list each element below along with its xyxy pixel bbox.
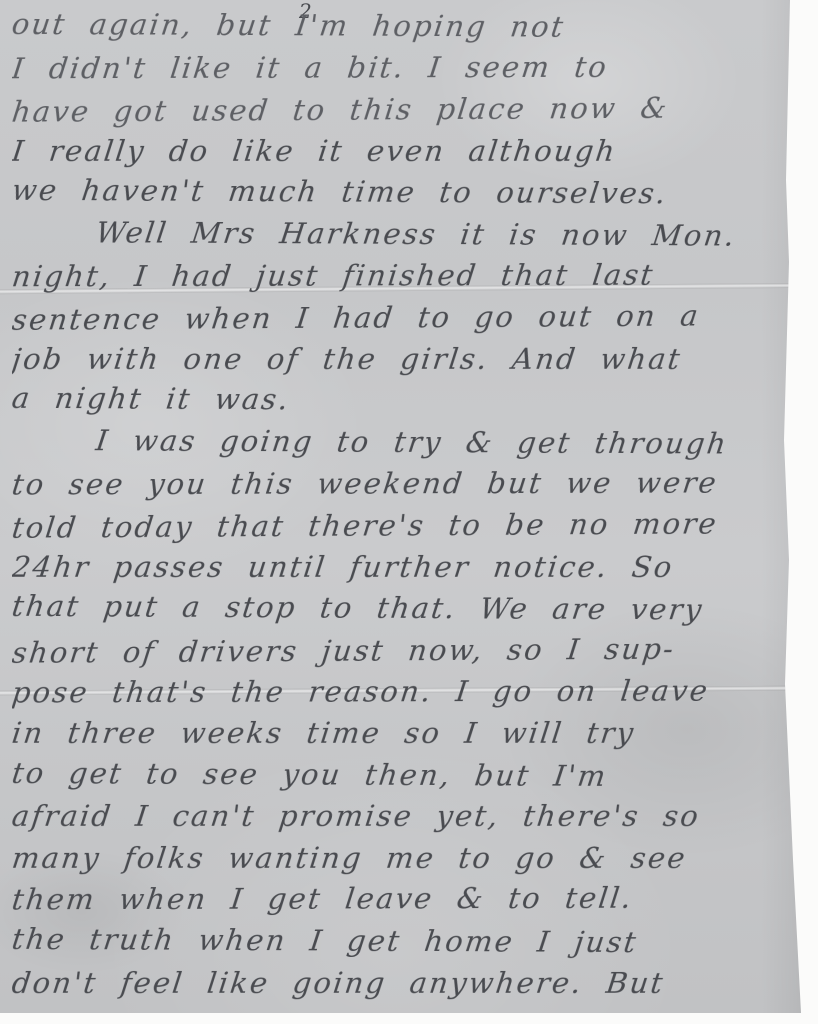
handwritten-line: many folks wanting me to go & see bbox=[12, 838, 784, 880]
handwritten-line: in three weeks time so I will try bbox=[12, 713, 784, 755]
handwritten-line: the truth when I get home I just bbox=[12, 919, 784, 965]
handwritten-line: pose that's the reason. I go on leave bbox=[12, 670, 784, 714]
handwritten-line: night, I had just finished that last bbox=[12, 254, 784, 298]
handwritten-line: short of drivers just now, so I sup- bbox=[12, 628, 784, 674]
handwritten-text: them when I get leave & to tell. bbox=[12, 878, 635, 921]
handwritten-text: have got used to this place now & bbox=[12, 88, 671, 134]
handwritten-line: a night it was. bbox=[12, 378, 784, 424]
handwritten-line: to see you this weekend but we were bbox=[12, 462, 784, 506]
handwritten-text: we haven't much time to ourselves. bbox=[12, 170, 670, 215]
handwritten-line: I didn't like it a bit. I seem to bbox=[12, 46, 784, 90]
handwritten-text: job with one of the girls. And what bbox=[12, 339, 684, 381]
handwritten-text: afraid I can't promise yet, there's so bbox=[12, 796, 703, 838]
handwritten-text: Well Mrs Harkness it is now Mon. bbox=[93, 212, 738, 257]
handwritten-line: 24hr passes until further notice. So bbox=[12, 547, 784, 589]
handwritten-line: I really do like it even although bbox=[12, 131, 784, 173]
paragraph-2: Well Mrs Harkness it is now Mon.night, I… bbox=[12, 214, 784, 422]
handwritten-line: told today that there's to be no more bbox=[12, 503, 784, 549]
handwritten-line: Well Mrs Harkness it is now Mon. bbox=[12, 212, 784, 258]
paragraph-1: out again, but I'm hoping notI didn't li… bbox=[12, 6, 784, 214]
handwritten-line: don't feel like going anywhere. But bbox=[12, 963, 784, 1005]
handwritten-text: I was going to try & get through bbox=[93, 420, 730, 465]
handwritten-line: afraid I can't promise yet, there's so bbox=[12, 796, 784, 838]
handwritten-line: out again, but I'm hoping not bbox=[12, 6, 784, 50]
handwritten-text: night, I had just finished that last bbox=[12, 254, 657, 297]
handwritten-line: that put a stop to that. We are very bbox=[12, 586, 784, 632]
handwritten-text: 24hr passes until further notice. So bbox=[12, 547, 676, 589]
letter-body: out again, but I'm hoping notI didn't li… bbox=[12, 6, 784, 1004]
handwritten-text: don't feel like going anywhere. But bbox=[12, 963, 667, 1005]
handwritten-line: sentence when I had to go out on a bbox=[12, 295, 784, 341]
letter-page: 2 out again, but I'm hoping notI didn't … bbox=[0, 0, 818, 1013]
handwritten-text: out again, but I'm hoping not bbox=[12, 6, 567, 48]
handwritten-line: job with one of the girls. And what bbox=[12, 339, 784, 381]
handwritten-text: a night it was. bbox=[12, 378, 293, 421]
paragraph-3: I was going to try & get throughto see y… bbox=[12, 422, 784, 1004]
handwritten-text: the truth when I get home I just bbox=[12, 919, 640, 964]
handwritten-text: many folks wanting me to go & see bbox=[12, 838, 689, 880]
handwritten-text: in three weeks time so I will try bbox=[12, 713, 638, 755]
handwritten-line: them when I get leave & to tell. bbox=[12, 878, 784, 922]
scanned-letter: 2 out again, but I'm hoping notI didn't … bbox=[0, 0, 818, 1024]
handwritten-text: sentence when I had to go out on a bbox=[12, 296, 702, 342]
handwritten-text: told today that there's to be no more bbox=[12, 504, 720, 550]
handwritten-text: to see you this weekend but we were bbox=[12, 462, 720, 505]
handwritten-text: I didn't like it a bit. I seem to bbox=[12, 47, 610, 90]
handwritten-text: pose that's the reason. I go on leave bbox=[12, 670, 712, 713]
handwritten-line: we haven't much time to ourselves. bbox=[12, 170, 784, 216]
handwritten-line: I was going to try & get through bbox=[12, 420, 784, 466]
handwritten-text: short of drivers just now, so I sup- bbox=[12, 629, 678, 675]
handwritten-text: to get to see you then, but I'm bbox=[12, 753, 610, 798]
handwritten-text: I really do like it even although bbox=[12, 131, 619, 173]
handwritten-text: that put a stop to that. We are very bbox=[12, 586, 706, 631]
handwritten-line: to get to see you then, but I'm bbox=[12, 753, 784, 799]
handwritten-line: have got used to this place now & bbox=[12, 87, 784, 133]
